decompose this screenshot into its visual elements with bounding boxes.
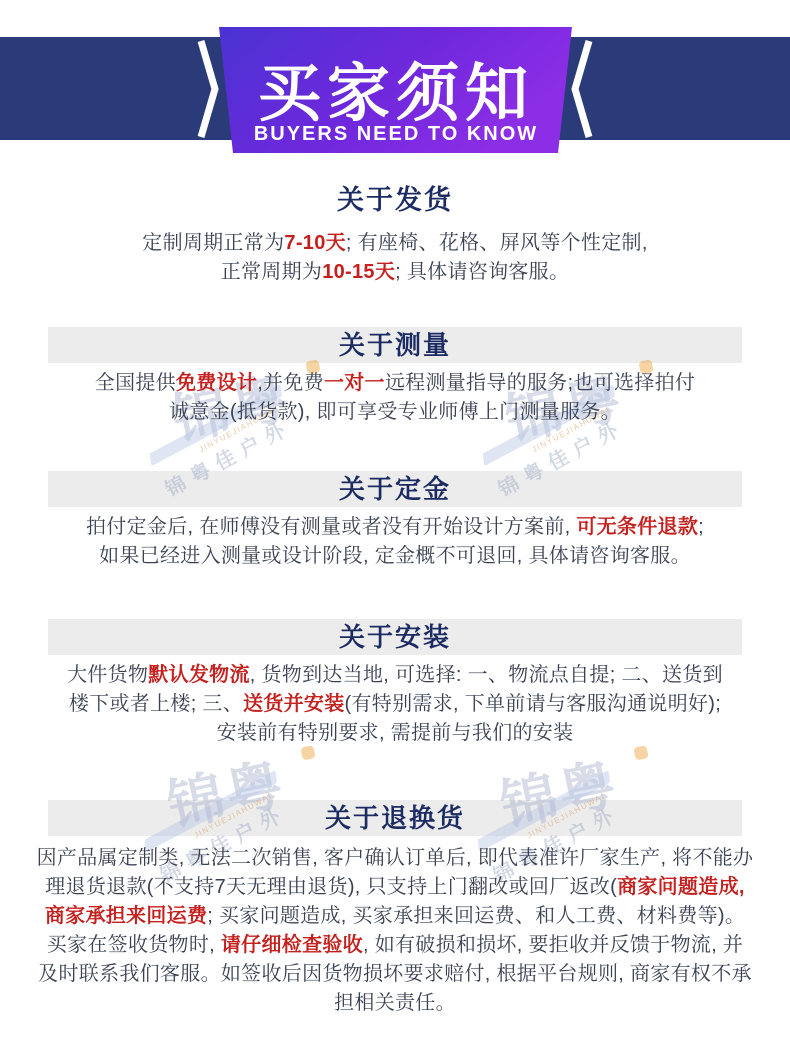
text-line: 担相关责任。 [0,989,790,1018]
text-line: 楼下或者上楼; 三、送货并安装(有特别需求, 下单前请与客服沟通说明好); [0,690,790,719]
text-line: 理退货退款(不支持7天无理由退货), 只支持上门翻改或回厂返改(商家问题造成, [0,873,790,902]
text-line: 全国提供免费设计,并免费一对一远程测量指导的服务;也可选择拍付 [0,369,790,398]
section-title-returns: 关于退换货 [48,800,742,836]
body-text: 正常周期为 [221,261,323,283]
banner-title: 买家须知 [258,59,534,129]
body-text: 远程测量指导的服务;也可选择拍付 [385,372,695,394]
body-text: ; 有座椅、花格、屏风等个性定制, [346,232,648,254]
section-deposit: 关于定金拍付定金后, 在师傅没有测量或者没有开始设计方案前, 可无条件退款;如果… [0,471,790,571]
section-body-deposit: 拍付定金后, 在师傅没有测量或者没有开始设计方案前, 可无条件退款;如果已经进入… [0,513,790,571]
section-body-shipping: 定制周期正常为7-10天; 有座椅、花格、屏风等个性定制,正常周期为10-15天… [0,229,790,287]
highlight-text: 10-15天 [322,261,395,283]
body-text: 安装前有特别要求, 需提前与我们的安装 [217,722,574,744]
section-title-install: 关于安装 [48,619,742,655]
text-line: 正常周期为10-15天; 具体请咨询客服。 [0,258,790,287]
body-text: 及时联系我们客服。如签收后因货物损坏要求赔付, 根据平台规则, 商家有权不承 [38,963,752,985]
section-body-returns: 因产品属定制类, 无法二次销售, 客户确认订单后, 即代表准许厂家生产, 将不能… [0,844,790,1018]
section-shipping: 关于发货定制周期正常为7-10天; 有座椅、花格、屏风等个性定制,正常周期为10… [0,181,790,287]
body-text: ; 买家问题造成, 买家承担来回运费、和人工费、材料费等)。 [207,905,745,927]
text-line: 买家在签收货物时, 请仔细检查验收, 如有破损和损坏, 要拒收并反馈于物流, 并 [0,931,790,960]
highlight-text: 免费设计 [176,372,257,394]
section-title-shipping: 关于发货 [0,181,790,219]
body-text: 理退货退款(不支持7天无理由退货), 只支持上门翻改或回厂返改( [45,876,617,898]
body-text: 大件货物 [67,664,148,686]
page: 买家须知 BUYERS NEED TO KNOW 锦粤 JINYUEJIAHUW… [0,0,790,1057]
body-text: ; 具体请咨询客服。 [395,261,569,283]
text-line: 诚意金(抵货款), 即可享受专业师傅上门测量服务。 [0,398,790,427]
section-install: 关于安装大件货物默认发物流, 货物到达当地, 可选择: 一、物流点自提; 二、送… [0,619,790,748]
highlight-text: 请仔细检查验收 [221,934,363,956]
section-body-measure: 全国提供免费设计,并免费一对一远程测量指导的服务;也可选择拍付诚意金(抵货款),… [0,369,790,427]
body-text: 拍付定金后, 在师傅没有测量或者没有开始设计方案前, [86,516,576,538]
highlight-text: 商家承担来回运费 [45,905,207,927]
body-text: 担相关责任。 [334,992,456,1014]
text-line: 及时联系我们客服。如签收后因货物损坏要求赔付, 根据平台规则, 商家有权不承 [0,960,790,989]
body-text: 诚意金(抵货款), 即可享受专业师傅上门测量服务。 [169,401,621,423]
body-text: ; [698,516,704,538]
body-text: 买家在签收货物时, [47,934,221,956]
highlight-text: 7-10天 [284,232,346,254]
body-text: (有特别需求, 下单前请与客服沟通说明好); [345,693,722,715]
text-line: 如果已经进入测量或设计阶段, 定金概不可退回, 具体请咨询客服。 [0,542,790,571]
highlight-text: 送货并安装 [243,693,345,715]
section-measure: 关于测量全国提供免费设计,并免费一对一远程测量指导的服务;也可选择拍付诚意金(抵… [0,327,790,427]
text-line: 商家承担来回运费; 买家问题造成, 买家承担来回运费、和人工费、材料费等)。 [0,902,790,931]
text-line: 因产品属定制类, 无法二次销售, 客户确认订单后, 即代表准许厂家生产, 将不能… [0,844,790,873]
text-line: 安装前有特别要求, 需提前与我们的安装 [0,719,790,748]
text-line: 定制周期正常为7-10天; 有座椅、花格、屏风等个性定制, [0,229,790,258]
body-text: 全国提供 [95,372,176,394]
body-text: 楼下或者上楼; 三、 [69,693,243,715]
banner-subtitle: BUYERS NEED TO KNOW [254,123,538,145]
highlight-text: 商家问题造成, [617,876,745,898]
body-text: , 货物到达当地, 可选择: 一、物流点自提; 二、送货到 [250,664,723,686]
highlight-text: 默认发物流 [148,664,250,686]
text-line: 拍付定金后, 在师傅没有测量或者没有开始设计方案前, 可无条件退款; [0,513,790,542]
section-body-install: 大件货物默认发物流, 货物到达当地, 可选择: 一、物流点自提; 二、送货到楼下… [0,661,790,748]
body-text: 定制周期正常为 [142,232,284,254]
body-text: ,并免费 [257,372,324,394]
sections: 关于发货定制周期正常为7-10天; 有座椅、花格、屏风等个性定制,正常周期为10… [0,181,790,1018]
banner: 买家须知 BUYERS NEED TO KNOW [0,0,790,170]
body-text: 如果已经进入测量或设计阶段, 定金概不可退回, 具体请咨询客服。 [99,545,691,567]
highlight-text: 一对一 [324,372,385,394]
highlight-text: 可无条件退款 [576,516,698,538]
text-line: 大件货物默认发物流, 货物到达当地, 可选择: 一、物流点自提; 二、送货到 [0,661,790,690]
body-text: , 如有破损和损坏, 要拒收并反馈于物流, 并 [363,934,743,956]
section-title-measure: 关于测量 [48,327,742,363]
body-text: 因产品属定制类, 无法二次销售, 客户确认订单后, 即代表准许厂家生产, 将不能… [37,847,754,869]
section-title-deposit: 关于定金 [48,471,742,507]
section-returns: 关于退换货因产品属定制类, 无法二次销售, 客户确认订单后, 即代表准许厂家生产… [0,800,790,1018]
